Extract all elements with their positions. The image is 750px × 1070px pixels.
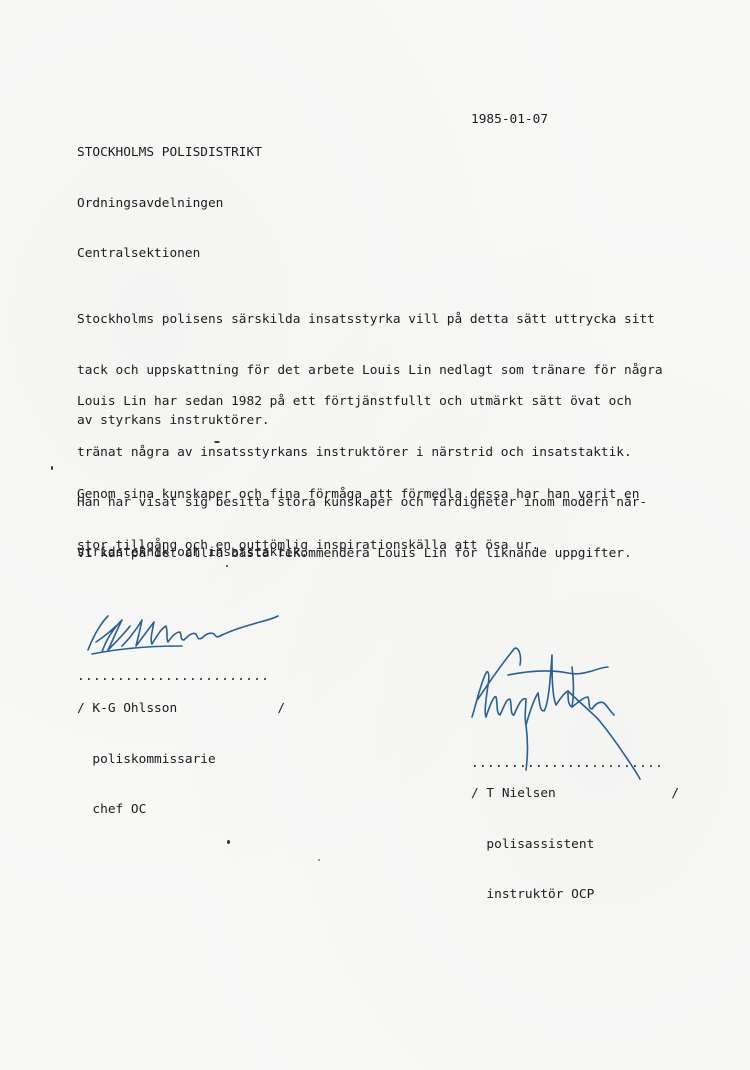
paper-speck (214, 441, 220, 443)
text-line: Stockholms polisens särskilda insatsstyr… (77, 312, 663, 329)
letterhead-department: Ordningsavdelningen (77, 196, 262, 213)
signatory-title: polisassistent (471, 837, 679, 854)
text-line: Vi kan på det allra bästa rekommendera L… (77, 546, 632, 563)
letterhead-section: Centralsektionen (77, 246, 262, 263)
letterhead-district: STOCKHOLMS POLISDISTRIKT (77, 145, 262, 162)
letter-date: 1985-01-07 (471, 112, 548, 129)
signatory-name: / T Nielsen / (471, 786, 679, 803)
signatory-role: instruktör OCP (471, 887, 679, 904)
text-line: Genom sina kunskaper och fina förmåga at… (77, 487, 639, 504)
paper-speck (51, 466, 53, 470)
paper-speck (226, 565, 228, 567)
signatory-ohlsson: / K-G Ohlsson / poliskommissarie chef OC (77, 668, 285, 852)
paper-speck (318, 859, 320, 861)
signatory-role: chef OC (77, 802, 285, 819)
text-line: Louis Lin har sedan 1982 på ett förtjäns… (77, 394, 647, 411)
paragraph-4: Vi kan på det allra bästa rekommendera L… (77, 513, 632, 597)
signatory-title: poliskommissarie (77, 752, 285, 769)
letter-page: STOCKHOLMS POLISDISTRIKT Ordningsavdelni… (0, 0, 750, 1070)
signatory-nielsen: / T Nielsen / polisassistent instruktör … (471, 753, 679, 937)
paper-speck (227, 840, 230, 844)
letterhead: STOCKHOLMS POLISDISTRIKT Ordningsavdelni… (77, 112, 262, 296)
signatory-name: / K-G Ohlsson / (77, 701, 285, 718)
